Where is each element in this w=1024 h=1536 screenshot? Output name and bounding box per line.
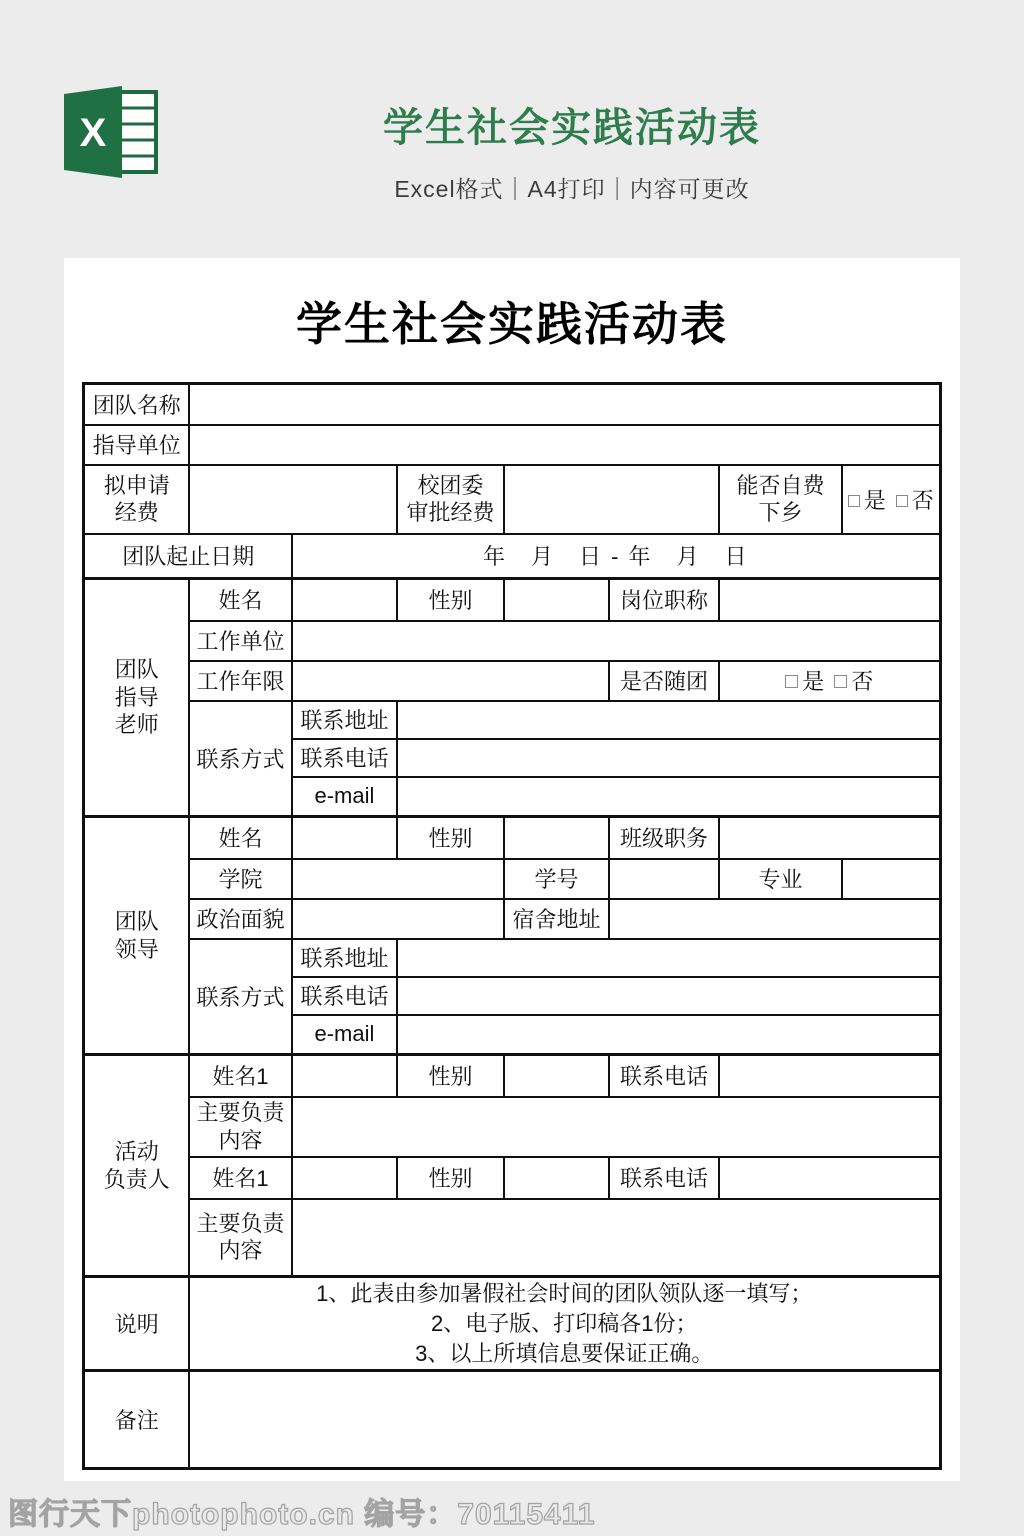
cell-label-leader-name: 姓名 bbox=[189, 817, 292, 859]
cell-value-advisor-email bbox=[397, 777, 940, 817]
cell-label-political: 政治面貌 bbox=[189, 899, 292, 939]
page-subtitle: Excel格式｜A4打印｜内容可更改 bbox=[120, 171, 1024, 204]
group-label-advisor: 团队 指导 老师 bbox=[84, 579, 189, 817]
cell-value-leader-gender bbox=[504, 817, 609, 859]
checkbox-no-icon bbox=[834, 675, 847, 688]
note-line-3: 3、以上所填信息要保证正确。 bbox=[190, 1339, 939, 1369]
cell-value-advisor-gender bbox=[504, 579, 609, 621]
cell-label-person1-phone: 联系电话 bbox=[609, 1055, 719, 1097]
cell-label-advisor-gender: 性别 bbox=[397, 579, 504, 621]
cell-value-advisor-phone bbox=[397, 739, 940, 777]
cell-label-advisor-phone: 联系电话 bbox=[292, 739, 397, 777]
page-title: 学生社会实践活动表 bbox=[120, 96, 1024, 153]
note-line-2: 2、电子版、打印稿各1份； bbox=[190, 1309, 939, 1339]
cell-value-major bbox=[842, 859, 940, 899]
checkbox-yes-label: 是 bbox=[802, 669, 824, 694]
cell-label-leader-contact: 联系方式 bbox=[189, 939, 292, 1055]
cell-value-person2-name bbox=[292, 1157, 397, 1199]
cell-label-person2-name: 姓名1 bbox=[189, 1157, 292, 1199]
cell-label-leader-email: e-mail bbox=[292, 1015, 397, 1055]
cell-value-advisor-name bbox=[292, 579, 397, 621]
cell-self-fund-choice: 是否 bbox=[842, 465, 940, 534]
checkbox-no-label: 否 bbox=[912, 488, 934, 513]
cell-label-major: 专业 bbox=[719, 859, 842, 899]
cell-value-college bbox=[292, 859, 504, 899]
cell-label-dorm-address: 宿舍地址 bbox=[504, 899, 609, 939]
cell-value-political bbox=[292, 899, 504, 939]
cell-value-work-unit bbox=[292, 621, 940, 661]
checkbox-yes-icon bbox=[848, 495, 860, 507]
cell-label-class-duty: 班级职务 bbox=[609, 817, 719, 859]
group-label-leader: 团队 领导 bbox=[84, 817, 189, 1055]
checkbox-no-icon bbox=[896, 495, 908, 507]
cell-label-person1-gender: 性别 bbox=[397, 1055, 504, 1097]
cell-label-self-fund: 能否自费 下乡 bbox=[719, 465, 842, 534]
cell-label-guide-unit: 指导单位 bbox=[84, 425, 189, 465]
cell-value-remark bbox=[189, 1371, 940, 1469]
cell-label-person1-name: 姓名1 bbox=[189, 1055, 292, 1097]
cell-label-advisor-address: 联系地址 bbox=[292, 701, 397, 739]
practice-form-table: 团队名称 指导单位 拟申请 经费 校团委 审批经费 能否自费 下乡 是否 团队起… bbox=[82, 382, 941, 1470]
cell-label-committee-fund: 校团委 审批经费 bbox=[397, 465, 504, 534]
cell-label-leader-gender: 性别 bbox=[397, 817, 504, 859]
checkbox-no-label: 否 bbox=[851, 669, 873, 694]
checkbox-yes-label: 是 bbox=[864, 488, 886, 513]
form-title: 学生社会实践活动表 bbox=[64, 288, 960, 354]
cell-join-team-choice: 是否 bbox=[719, 661, 940, 701]
cell-label-advisor-email: e-mail bbox=[292, 777, 397, 817]
cell-value-advisor-address bbox=[397, 701, 940, 739]
cell-value-person1-name bbox=[292, 1055, 397, 1097]
cell-value-person2-duty bbox=[292, 1199, 940, 1277]
cell-value-person2-phone bbox=[719, 1157, 940, 1199]
watermark: 图行天下photophoto.cn 编号：70115411 bbox=[8, 1489, 595, 1533]
cell-label-date-range: 团队起止日期 bbox=[84, 534, 292, 579]
cell-label-notes: 说明 bbox=[84, 1277, 189, 1371]
cell-value-date-range: 年 月 日 - 年 月 日 bbox=[292, 534, 940, 579]
cell-value-leader-address bbox=[397, 939, 940, 977]
cell-label-person2-duty: 主要负责 内容 bbox=[189, 1199, 292, 1277]
cell-label-college: 学院 bbox=[189, 859, 292, 899]
cell-notes-content: 1、此表由参加暑假社会时间的团队领队逐一填写； 2、电子版、打印稿各1份； 3、… bbox=[189, 1277, 940, 1371]
cell-value-guide-unit bbox=[189, 425, 940, 465]
cell-label-advisor-name: 姓名 bbox=[189, 579, 292, 621]
cell-label-remark: 备注 bbox=[84, 1371, 189, 1469]
cell-label-work-years: 工作年限 bbox=[189, 661, 292, 701]
cell-label-person2-phone: 联系电话 bbox=[609, 1157, 719, 1199]
cell-label-post-title: 岗位职称 bbox=[609, 579, 719, 621]
cell-value-class-duty bbox=[719, 817, 940, 859]
cell-value-apply-fund bbox=[189, 465, 397, 534]
group-label-activity: 活动 负责人 bbox=[84, 1055, 189, 1277]
document-preview-card: 学生社会实践活动表 团队名称 指导单位 拟申请 经费 校团委 审批经费 能否自费… bbox=[64, 258, 960, 1481]
cell-value-team-name bbox=[189, 384, 940, 425]
cell-value-leader-email bbox=[397, 1015, 940, 1055]
cell-value-person1-duty bbox=[292, 1097, 940, 1157]
cell-label-person1-duty: 主要负责 内容 bbox=[189, 1097, 292, 1157]
cell-label-team-name: 团队名称 bbox=[84, 384, 189, 425]
cell-label-advisor-contact: 联系方式 bbox=[189, 701, 292, 817]
note-line-1: 1、此表由参加暑假社会时间的团队领队逐一填写； bbox=[190, 1279, 939, 1309]
cell-value-person1-phone bbox=[719, 1055, 940, 1097]
cell-value-person2-gender bbox=[504, 1157, 609, 1199]
page-header: X 学生社会实践活动表 Excel格式｜A4打印｜内容可更改 bbox=[0, 0, 1024, 258]
svg-text:X: X bbox=[80, 111, 107, 155]
cell-label-leader-phone: 联系电话 bbox=[292, 977, 397, 1015]
cell-value-work-years bbox=[292, 661, 609, 701]
cell-value-committee-fund bbox=[504, 465, 719, 534]
cell-value-student-id bbox=[609, 859, 719, 899]
excel-icon: X bbox=[64, 86, 160, 178]
cell-label-student-id: 学号 bbox=[504, 859, 609, 899]
cell-label-join-team: 是否随团 bbox=[609, 661, 719, 701]
cell-label-apply-fund: 拟申请 经费 bbox=[84, 465, 189, 534]
cell-value-dorm-address bbox=[609, 899, 940, 939]
cell-label-person2-gender: 性别 bbox=[397, 1157, 504, 1199]
cell-label-leader-address: 联系地址 bbox=[292, 939, 397, 977]
checkbox-yes-icon bbox=[785, 675, 798, 688]
cell-value-post-title bbox=[719, 579, 940, 621]
cell-value-person1-gender bbox=[504, 1055, 609, 1097]
cell-label-work-unit: 工作单位 bbox=[189, 621, 292, 661]
cell-value-leader-name bbox=[292, 817, 397, 859]
cell-value-leader-phone bbox=[397, 977, 940, 1015]
